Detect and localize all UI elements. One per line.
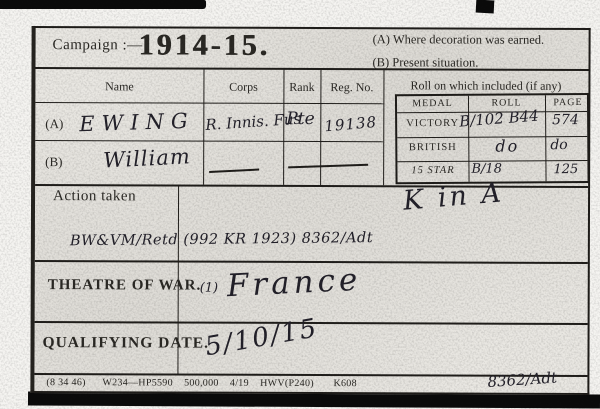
rule-under-column-headers xyxy=(35,102,383,104)
row-a-reg-no: 19138 xyxy=(324,113,378,135)
action-entry: BW&VM/Retd (992 KR 1923) 8362/Adt xyxy=(70,230,373,249)
scan-artifact-top-mark xyxy=(476,0,495,13)
qualifying-date-label: QUALIFYING DATE. xyxy=(43,334,209,353)
medal-row-star-roll: B/18 xyxy=(471,162,502,177)
column-header-reg-no: Reg. No. xyxy=(320,80,383,95)
row-a-rank: Pte xyxy=(286,109,314,129)
note-where-decoration-earned: (A) Where decoration was earned. xyxy=(373,32,545,48)
divider-under-campaign xyxy=(35,67,588,71)
qualifying-date-value: 5/10/15 xyxy=(203,313,321,362)
column-header-roll: Roll on which included (if any) xyxy=(383,78,588,94)
row-b-corps-ditto-dash xyxy=(209,169,259,173)
medal-row-victory-roll: B/102 B44 xyxy=(459,107,540,131)
column-rule-rank-reg xyxy=(320,68,321,185)
theatre-value: France xyxy=(226,262,362,305)
medal-row-british-label: BRITISH xyxy=(397,142,468,153)
row-a-surname: EWING xyxy=(79,109,195,137)
rule-under-action xyxy=(35,260,588,263)
row-b-forename: William xyxy=(103,144,192,172)
column-header-rank: Rank xyxy=(283,80,320,95)
medal-box-header-page: PAGE xyxy=(545,97,591,108)
campaign-label: Campaign :— xyxy=(53,37,143,54)
printer-code: (8 34 46) W234—HP5590 500,000 4/19 HWV(P… xyxy=(46,377,357,389)
medal-row-victory-page: 574 xyxy=(552,112,579,128)
rule-under-row-a xyxy=(35,140,383,142)
action-taken-label: Action taken xyxy=(53,188,136,205)
campaign-value: 1914-15. xyxy=(139,28,271,62)
medal-row-star-page: 125 xyxy=(553,162,578,177)
column-rule-reg-roll xyxy=(383,68,384,185)
column-header-corps: Corps xyxy=(203,80,283,95)
medal-row-star-label: 15 STAR xyxy=(397,165,468,176)
medal-row-victory-label: VICTORY xyxy=(397,118,468,129)
row-b-prefix: (B) xyxy=(45,154,62,170)
medal-index-card-scan: Campaign :— 1914-15. (A) Where decoratio… xyxy=(0,0,600,409)
row-a-prefix: (A) xyxy=(45,116,63,132)
theatre-value-number: (1) xyxy=(200,281,218,296)
index-card: Campaign :— 1914-15. (A) Where decoratio… xyxy=(30,26,590,395)
medal-roll-box: MEDAL ROLL PAGE VICTORY BRITISH 15 STAR … xyxy=(395,93,590,184)
row-b-rank-ditto-dash xyxy=(288,164,368,169)
column-header-name: Name xyxy=(35,79,203,95)
column-rule-name-corps xyxy=(203,68,204,185)
footer-reference: 8362/Adt xyxy=(487,368,558,391)
medal-row-british-page: do xyxy=(550,137,568,153)
medal-box-header-medal: MEDAL xyxy=(397,98,468,109)
scan-artifact-top-bar xyxy=(0,0,206,9)
theatre-of-war-label: THEATRE OF WAR. xyxy=(48,277,202,295)
medal-row-british-roll: do xyxy=(495,136,519,155)
